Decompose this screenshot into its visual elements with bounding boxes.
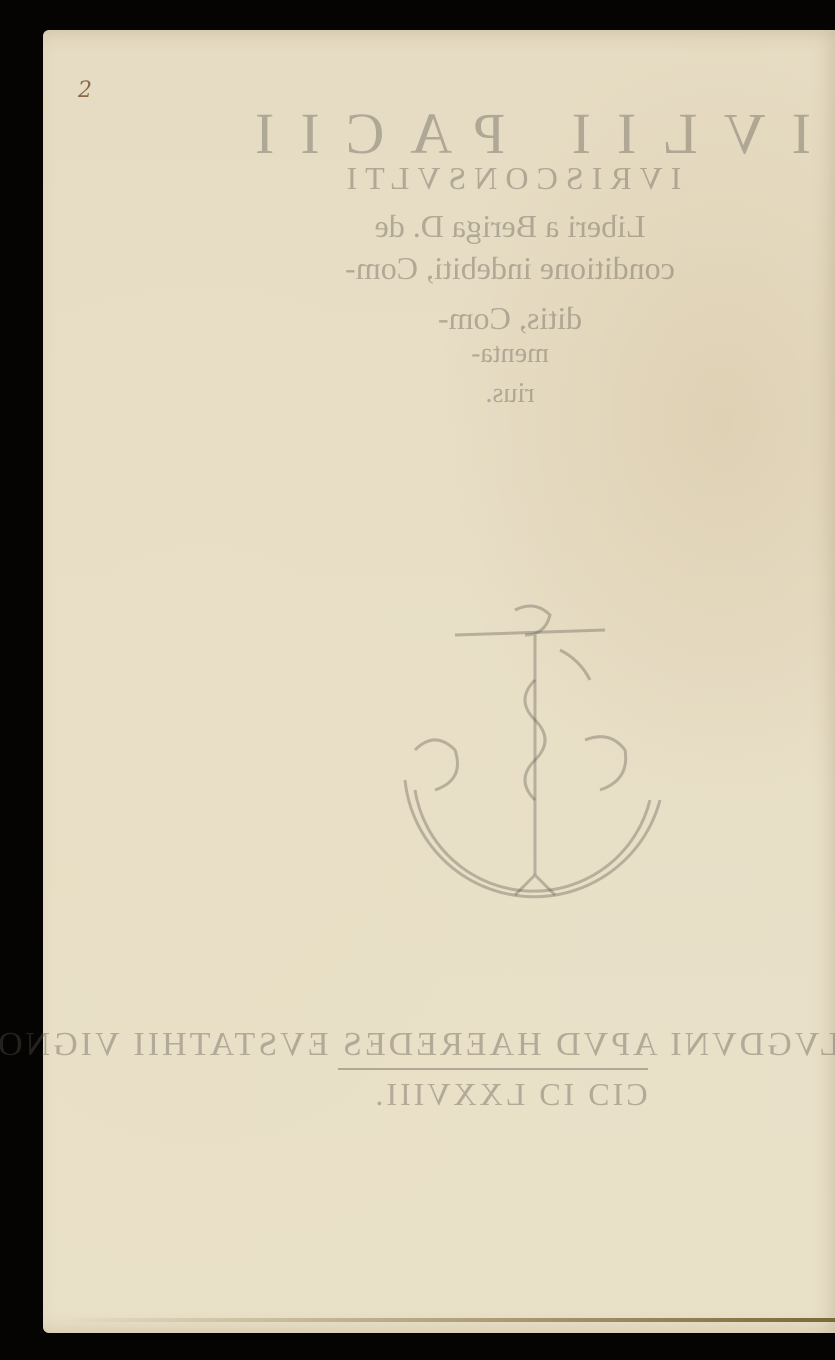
imprint-publisher: LVGDVNI APVD HAEREDES EVSTATHII VIGNON [240,1026,835,1064]
bleed-title-line-6: menta- [300,338,720,370]
page-number: 2 [78,78,92,103]
bleed-title-line-1: IVLII PACII [200,100,835,167]
page-bottom-edge [60,1318,835,1322]
imprint-rule [338,1068,648,1070]
bleed-title-line-3: Liberi a Beriga D. de [300,208,720,245]
bleed-title-line-5: ditis, Com- [300,300,720,337]
bleed-title-line-4: conditione indebiti, Com- [300,250,720,287]
bleed-title-line-2: IVRISCONSVLTI [250,160,770,197]
bleed-title-line-7: rius. [300,378,720,410]
imprint-year: CIƆ IƆ LXXVIII. [330,1076,690,1113]
printer-device-anchor-icon [385,590,675,930]
